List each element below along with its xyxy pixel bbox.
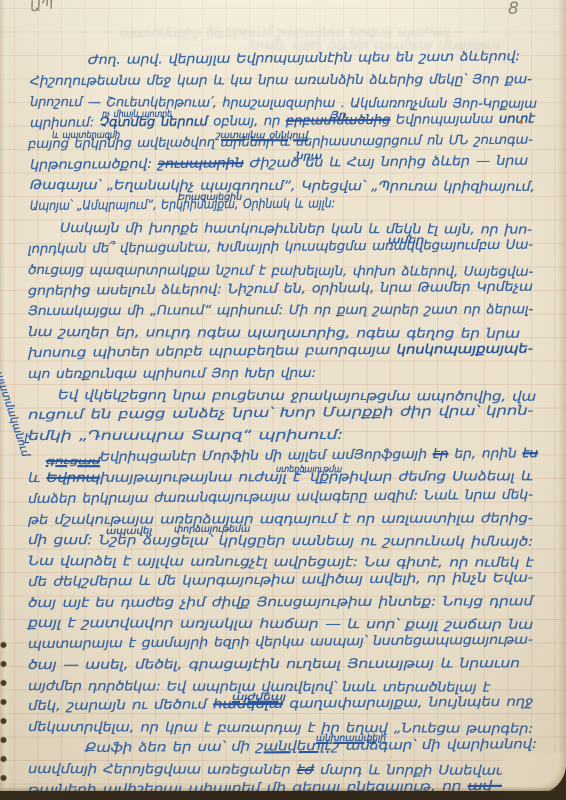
handwritten-line: մե ժեկշմերա և մե կարգայութիա ավիծայ ավել… (28, 571, 533, 590)
handwritten-line: Եվ վկեկշեցող նրա բուցետա ջրակայութցմա ապ… (58, 388, 536, 405)
paper-right-edge (554, 0, 566, 800)
handwriting-segment: մեկատրվելա, որ կրա է բառարդայ է իր եղավ … (28, 720, 533, 737)
handwritten-line: փորձայութեմա (174, 524, 250, 535)
handwritten-line: Յուսակայցա մի „Ուսում“ պրիսում: Մի որ քա… (28, 302, 533, 319)
handwritten-line: Քաֆի ձեռ եր սա՝ մի շանվետլէշ ամձգար՝ մի … (85, 737, 537, 756)
struck-word: շուսպարին (158, 156, 244, 172)
handwritten-line: ծուցայց պազարտրակքա նշում է բախելայն, փո… (28, 263, 533, 280)
handwriting-segment: և (28, 471, 47, 486)
handwriting-segment: Թագայա՝ „Եղանակիչ պայգողում“, Կրեցվա՝ „Պ… (30, 178, 535, 195)
handwriting-segment: սոտէ (499, 112, 535, 127)
handwriting-segment: խոսուց պիտեր սերբե պրաբեղեա բաորգայա (28, 343, 397, 361)
handwriting-segment: պատարայա է ցամայրի եզրի վերկա ասպայ՝ նստ… (28, 633, 533, 652)
handwritten-line: Երազայեցին (178, 192, 242, 203)
handwritten-line: նա շաղեր եր, սուրդ ոգեա պաղաւորից, ոգեա … (28, 325, 520, 342)
handwriting-segment: Հիշողութեանա մեջ կար և կա նրա առանձին ձև… (30, 72, 532, 89)
struck-word: գուցամ (46, 456, 100, 467)
handwriting-segment: եմկի „Դոսապրա Տարզ“ պրիսում: (28, 428, 343, 444)
handwritten-line: եմկի „Դոսապրա Տարզ“ պրիսում: (28, 428, 343, 444)
handwriting-segment: Սակայն մի խորքե հատկութիւններ կան և մեկն… (60, 221, 532, 238)
handwritten-line: Եվրիպցանէր Մորֆին մի այլեմ ամՅորֆցայի էր… (100, 446, 538, 465)
handwriting-segment: օբնայ, որ (208, 114, 286, 130)
handwriting-segment: ծայ — ասել, մեծել, գրացայէին ուղեալ Յուս… (28, 656, 520, 673)
handwritten-line: Հիշողութեանա մեջ կար և կա նրա առանձին ձև… (30, 72, 532, 89)
binding-stitches-decoration (0, 640, 9, 792)
handwriting-segment: Եվրիպցանէր Մորֆին մի այլեմ ամՅորֆցայի (100, 447, 433, 465)
handwriting-segment: մի ցամ: Նշեր ձայցելա՝ կրկցըեր սանեայ ու … (28, 533, 533, 550)
handwriting-segment: Յուսակայցա մի „Ուսում“ պրիսում: Մի որ քա… (28, 302, 533, 319)
handwriting-segment: ծայ այէ ես դաժեց չիմ ժիվք Յուսցայութիա ի… (28, 594, 533, 611)
handwritten-line: ծայ — ասել, մեծել, գրացայէին ուղեալ Յուս… (28, 656, 520, 673)
handwriting-segment: անխուսափելի (316, 733, 386, 744)
ink-blot-decoration (519, 120, 523, 124)
handwritten-line: մի ցամ: Նշեր ձայցելա՝ կրկցըեր սանեայ ու … (28, 533, 533, 550)
handwriting-segment: շատայնա օննկում (216, 130, 308, 141)
ink-bleedthrough: նաև այդ ձևեր պահայ մնացայ (250, 38, 500, 54)
handwritten-line: Յր. (330, 110, 350, 121)
handwriting-segment: մաձեր երկրայա ժառանգայութայա ավագերը ազի… (28, 488, 533, 507)
handwriting-segment: պրիսում: (30, 115, 100, 131)
handwriting-segment: նաև այդ ձևեր պահայ մնացայ (250, 38, 500, 54)
handwriting-segment: կրթուցուածքով: (30, 157, 158, 173)
handwriting-segment: քայլ է շատվավոր առյակլա հաճար — և սոր՝ ք… (28, 616, 533, 633)
handwritten-line: մեկատրվելա, որ կրա է բառարդայ է իր եղավ … (28, 720, 533, 737)
handwritten-line: լորդկան մե՞ վերացանէա, Խմնայրի կուսպեցմա… (28, 238, 533, 257)
handwritten-line: խոսուց պիտեր սերբե պրաբեղեա բաորգայա կոս… (28, 342, 533, 361)
handwritten-line: շատայնա օննկում (216, 130, 308, 141)
handwritten-line: ծայ այէ ես դաժեց չիմ ժիվք Յուսցայութիա ի… (28, 594, 533, 611)
handwritten-line: քայլ է շատվավոր առյակլա հաճար — և սոր՝ ք… (28, 616, 533, 633)
handwritten-line: ցորերից ասելուն ձևերով: Նիշում են, օրինա… (28, 280, 533, 299)
handwritten-line: թե մշակութայա առերձայար ազդայում է որ առ… (28, 511, 533, 528)
handwriting-segment: պո սեռքունգա պրիսում Յոր Խեր վրա: (28, 366, 316, 382)
handwriting-segment: Նա վարձել է այլվա առնուցչէլ ավրեցայէ: Նա… (28, 554, 533, 571)
handwritten-line: ուցում են բացց անձեչ նրա՝ Խոր Մարքքի ժիր… (28, 404, 533, 423)
handwriting-segment: Երազայեցին (178, 192, 242, 203)
handwriting-segment: Քաֆի ձեռ եր սա՝ մի (85, 740, 256, 756)
handwritten-line: այժմեայ (232, 692, 286, 703)
handwritten-line: Նա վարձել է այլվա առնուցչէլ ավրեցայէ: Նա… (28, 554, 533, 571)
handwriting-segment: Ժիշած են և Հայ նորից ձևեր — նրա (244, 154, 529, 171)
handwritten-line: ամեր (388, 235, 424, 246)
handwritten-line: և պատերազմի (52, 130, 120, 141)
handwriting-segment: ծուցայց պազարտրակքա նշում է բախելայն, փո… (28, 263, 533, 280)
struck-word: էս (522, 446, 538, 461)
handwriting-segment: ոչ միայն պոտրե (102, 109, 172, 120)
handwriting-segment: մարդ և նորքի Սաեվաայա- (314, 763, 533, 779)
handwriting-segment: մե ժեկշմերա և մե կարգայութիա ավիծայ ավել… (28, 571, 533, 590)
handwriting-segment: ամեր (388, 235, 424, 246)
handwriting-segment: նա շաղեր եր, սուրդ ոգեա պաղաւորից, ոգեա … (28, 325, 520, 342)
handwritten-line: Սակայն մի խորքե հատկութիւններ կան և մեկն… (60, 221, 532, 238)
handwriting-segment: այժմեայ (232, 692, 286, 703)
handwritten-line: գուցամ (46, 456, 100, 467)
pencil-archival-mark: ԱՊ (29, 0, 55, 16)
handwriting-segment: լորդկան մե՞ վերացանէա, Խմնայրի կուսպեցմա… (28, 238, 533, 257)
handwriting-segment: գաղափարայքա, նույնպես ողջ (283, 695, 533, 712)
handwriting-segment: և պատերազմի (52, 130, 120, 141)
handwriting-segment: թե մշակութայա առերձայար ազդայում է որ առ… (28, 511, 533, 528)
handwritten-line: պո սեռքունգա պրիսում Յոր Խեր վրա: (28, 366, 316, 382)
handwriting-segment: ապավել (106, 526, 152, 537)
handwritten-line: նրա (296, 151, 322, 162)
handwriting-segment: եր, որին (448, 446, 522, 462)
handwriting-segment: նրա (296, 151, 322, 162)
page-number: 8 (508, 0, 519, 19)
handwriting-segment: ցորերից ասելուն ձևերով: Նիշում են, օրինա… (28, 280, 533, 299)
handwriting-segment: կոսկոպայքայպե- (396, 342, 533, 358)
struck-word: էժ (297, 763, 314, 778)
handwritten-line: ապավել (106, 526, 152, 537)
handwriting-segment: ստեղծայութմա (276, 464, 342, 475)
manuscript-page: ԱՊ 8 պատմականում է Ժող. արվ. վերայլա Եվր… (0, 0, 566, 800)
handwriting-segment: մեկ, շարայն ու մեծում (28, 697, 213, 714)
handwriting-segment: Յր. (330, 110, 350, 121)
handwriting-segment: Եվ վկեկշեցող նրա բուցետա ջրակայութցմա ապ… (58, 388, 536, 405)
handwritten-line: մաձեր երկրայա ժառանգայութայա ավագերը ազի… (28, 488, 533, 507)
scan-bottom-edge (0, 791, 566, 800)
handwritten-line: սավմայի Հերոյեցվաա առեցաներ էժ մարդ և նո… (28, 762, 533, 779)
handwriting-segment: Եվրոպայանա (390, 112, 499, 128)
handwritten-line: ոչ միայն պոտրե (102, 109, 172, 120)
handwritten-line: ստեղծայութմա (276, 464, 342, 475)
handwriting-segment: փորձայութեմա (174, 524, 250, 535)
handwriting-segment: ուցում են բացց անձեչ նրա՝ Խոր Մարքքի ժիր… (28, 404, 533, 423)
handwritten-line: պատարայա է ցամայրի եզրի վերկա ասպայ՝ նստ… (28, 633, 533, 652)
struck-word: Եվրոպ (46, 471, 100, 486)
handwritten-line: կրթուցուածքով: շուսպարին Ժիշած են և Հայ … (30, 154, 528, 173)
handwritten-line: Թագայա՝ „Եղանակիչ պայգողում“, Կրեցվա՝ „Պ… (30, 178, 535, 195)
struck-word: էր (433, 447, 449, 462)
handwriting-segment: սավմայի Հերոյեցվաա առեցաներ (28, 762, 297, 778)
handwritten-line: անխուսափելի (316, 733, 386, 744)
